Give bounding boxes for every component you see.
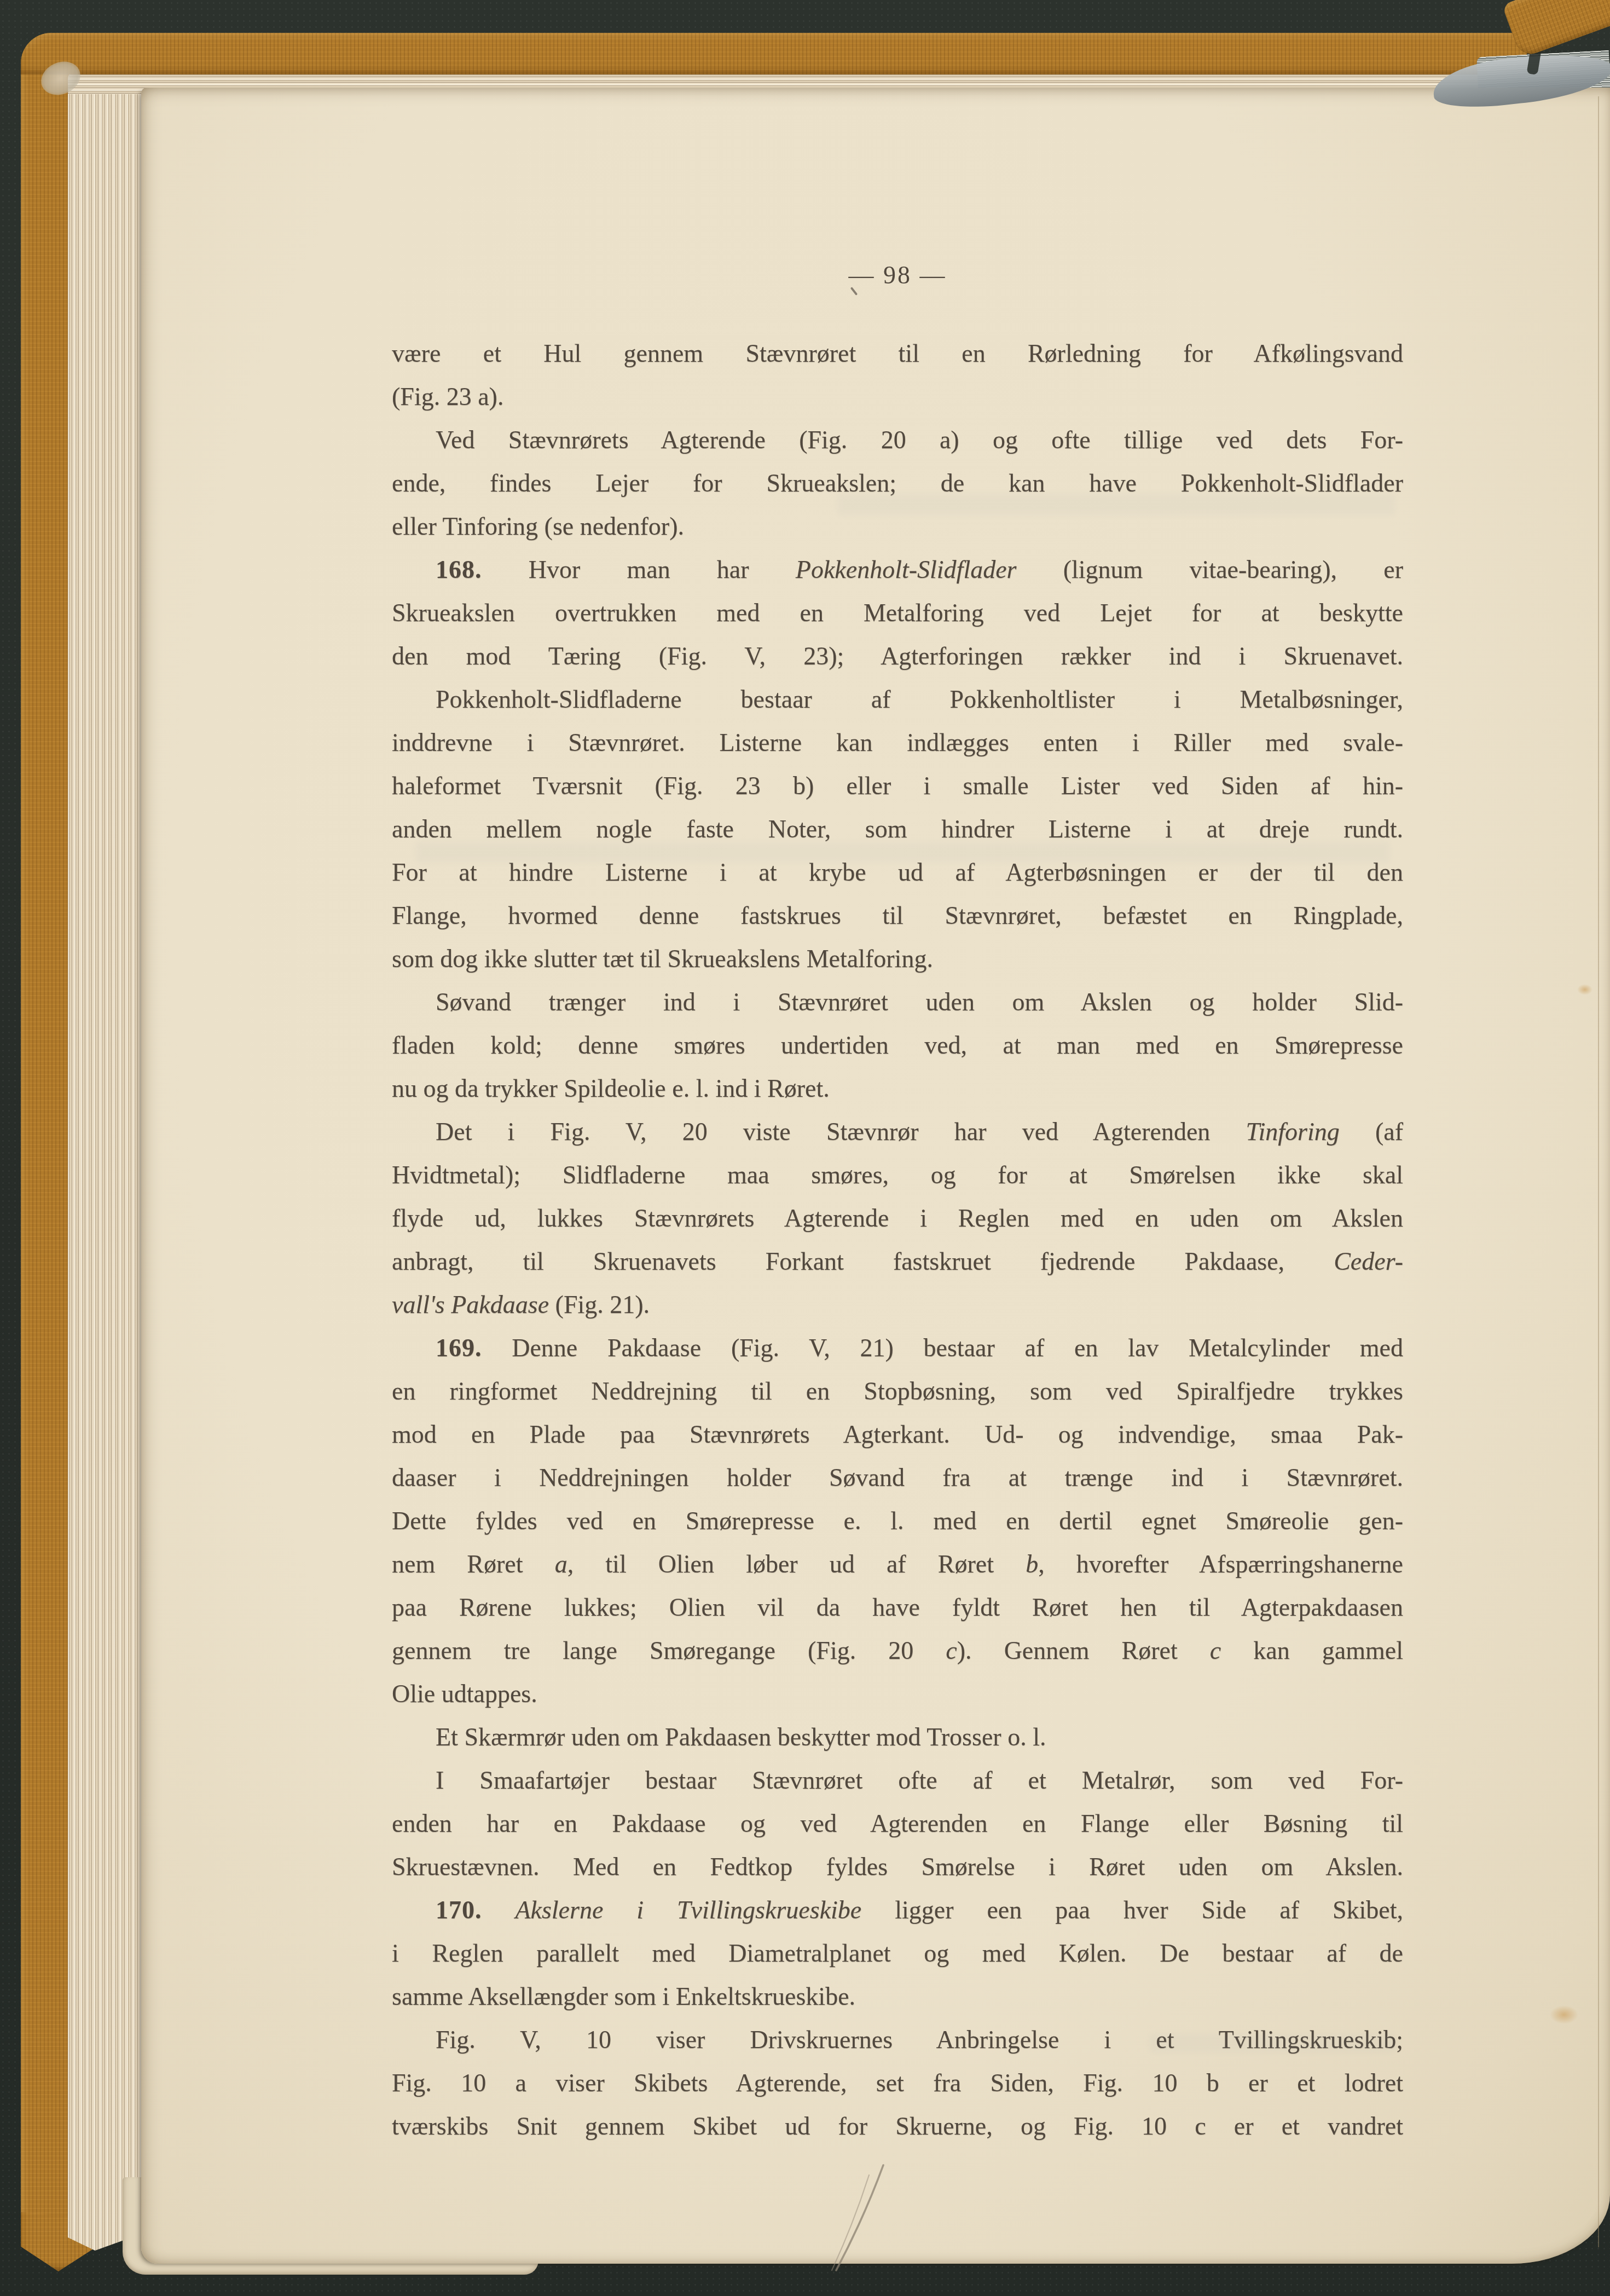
text-line: Det i Fig. V, 20 viste Stævnrør har ved … [392, 1110, 1403, 1153]
text-line: Ved Stævnrørets Agterende (Fig. 20 a) og… [392, 418, 1403, 461]
text-line: nu og da trykker Spildeolie e. l. ind i … [392, 1067, 1403, 1110]
text-line: haleformet Tværsnit (Fig. 23 b) eller i … [392, 764, 1403, 807]
book-cover-top-edge [21, 33, 1527, 74]
text-line: 169. Denne Pakdaase (Fig. V, 21) bestaar… [392, 1326, 1403, 1369]
text-line: gennem tre lange Smøregange (Fig. 20 c).… [392, 1629, 1403, 1672]
page-fore-edge-line [1598, 96, 1599, 2247]
text-line: i Reglen parallelt med Diametralplanet o… [392, 1931, 1403, 1975]
text-line: Flange, hvormed denne fastskrues til Stæ… [392, 894, 1403, 937]
text-line: Et Skærmrør uden om Pakdaasen beskytter … [392, 1715, 1403, 1759]
text-line: anbragt, til Skruenavets Forkant fastskr… [392, 1240, 1403, 1283]
book-scan-photo: — 98 — være et Hul gennem Stævnrøret til… [0, 0, 1610, 2296]
text-line: Skruestævnen. Med en Fedtkop fyldes Smør… [392, 1845, 1403, 1888]
text-line: Olie udtappes. [392, 1672, 1403, 1715]
page-edges-left [68, 68, 143, 2251]
text-line: inddrevne i Stævnrøret. Listerne kan ind… [392, 721, 1403, 764]
page-number: — 98 — [392, 261, 1403, 290]
text-line: 170. Akslerne i Tvillingskrueskibe ligge… [392, 1888, 1403, 1931]
text-line: tværskibs Snit gennem Skibet ud for Skru… [392, 2104, 1403, 2148]
text-line: 168. Hvor man har Pokkenholt-Slidflader … [392, 548, 1403, 591]
text-line: Skrueakslen overtrukken med en Metalfori… [392, 591, 1403, 634]
text-line: paa Rørene lukkes; Olien vil da have fyl… [392, 1586, 1403, 1629]
text-line: mod en Plade paa Stævnrørets Agterkant. … [392, 1413, 1403, 1456]
show-through-ghost [837, 494, 1395, 516]
text-line: den mod Tæring (Fig. V, 23); Agterforing… [392, 634, 1403, 678]
pencil-mark [803, 2161, 924, 2273]
page-text: være et Hul gennem Stævnrøret til en Rør… [392, 332, 1403, 2148]
text-line: nem Røret a, til Olien løber ud af Røret… [392, 1542, 1403, 1586]
foxing-spot [1550, 2005, 1578, 2024]
text-line: fladen kold; denne smøres undertiden ved… [392, 1023, 1403, 1067]
text-line: enden har en Pakdaase og ved Agterenden … [392, 1802, 1403, 1845]
text-line: være et Hul gennem Stævnrøret til en Rør… [392, 332, 1403, 375]
text-line: daaser i Neddrejningen holder Søvand fra… [392, 1456, 1403, 1499]
text-line: vall's Pakdaase (Fig. 21). [392, 1283, 1403, 1326]
show-through-ghost [1149, 2034, 1395, 2052]
text-line: en ringformet Neddrejning til en Stopbøs… [392, 1369, 1403, 1413]
text-line: Hvidtmetal); Slidfladerne maa smøres, og… [392, 1153, 1403, 1196]
text-line: Dette fyldes ved en Smørepresse e. l. me… [392, 1499, 1403, 1542]
text-line: Fig. 10 a viser Skibets Agterende, set f… [392, 2061, 1403, 2104]
foxing-spot [1577, 984, 1592, 995]
text-line: Pokkenholt-Slidfladerne bestaar af Pokke… [392, 678, 1403, 721]
text-line: som dog ikke slutter tæt til Skrueakslen… [392, 937, 1403, 980]
text-line: Søvand trænger ind i Stævnrøret uden om … [392, 980, 1403, 1023]
show-through-ghost [416, 842, 1390, 863]
text-line: flyde ud, lukkes Stævnrørets Agterende i… [392, 1196, 1403, 1240]
text-line: samme Aksellængder som i Enkeltskrueskib… [392, 1975, 1403, 2018]
text-line: (Fig. 23 a). [392, 375, 1403, 418]
text-line: I Smaafartøjer bestaar Stævnrøret ofte a… [392, 1759, 1403, 1802]
